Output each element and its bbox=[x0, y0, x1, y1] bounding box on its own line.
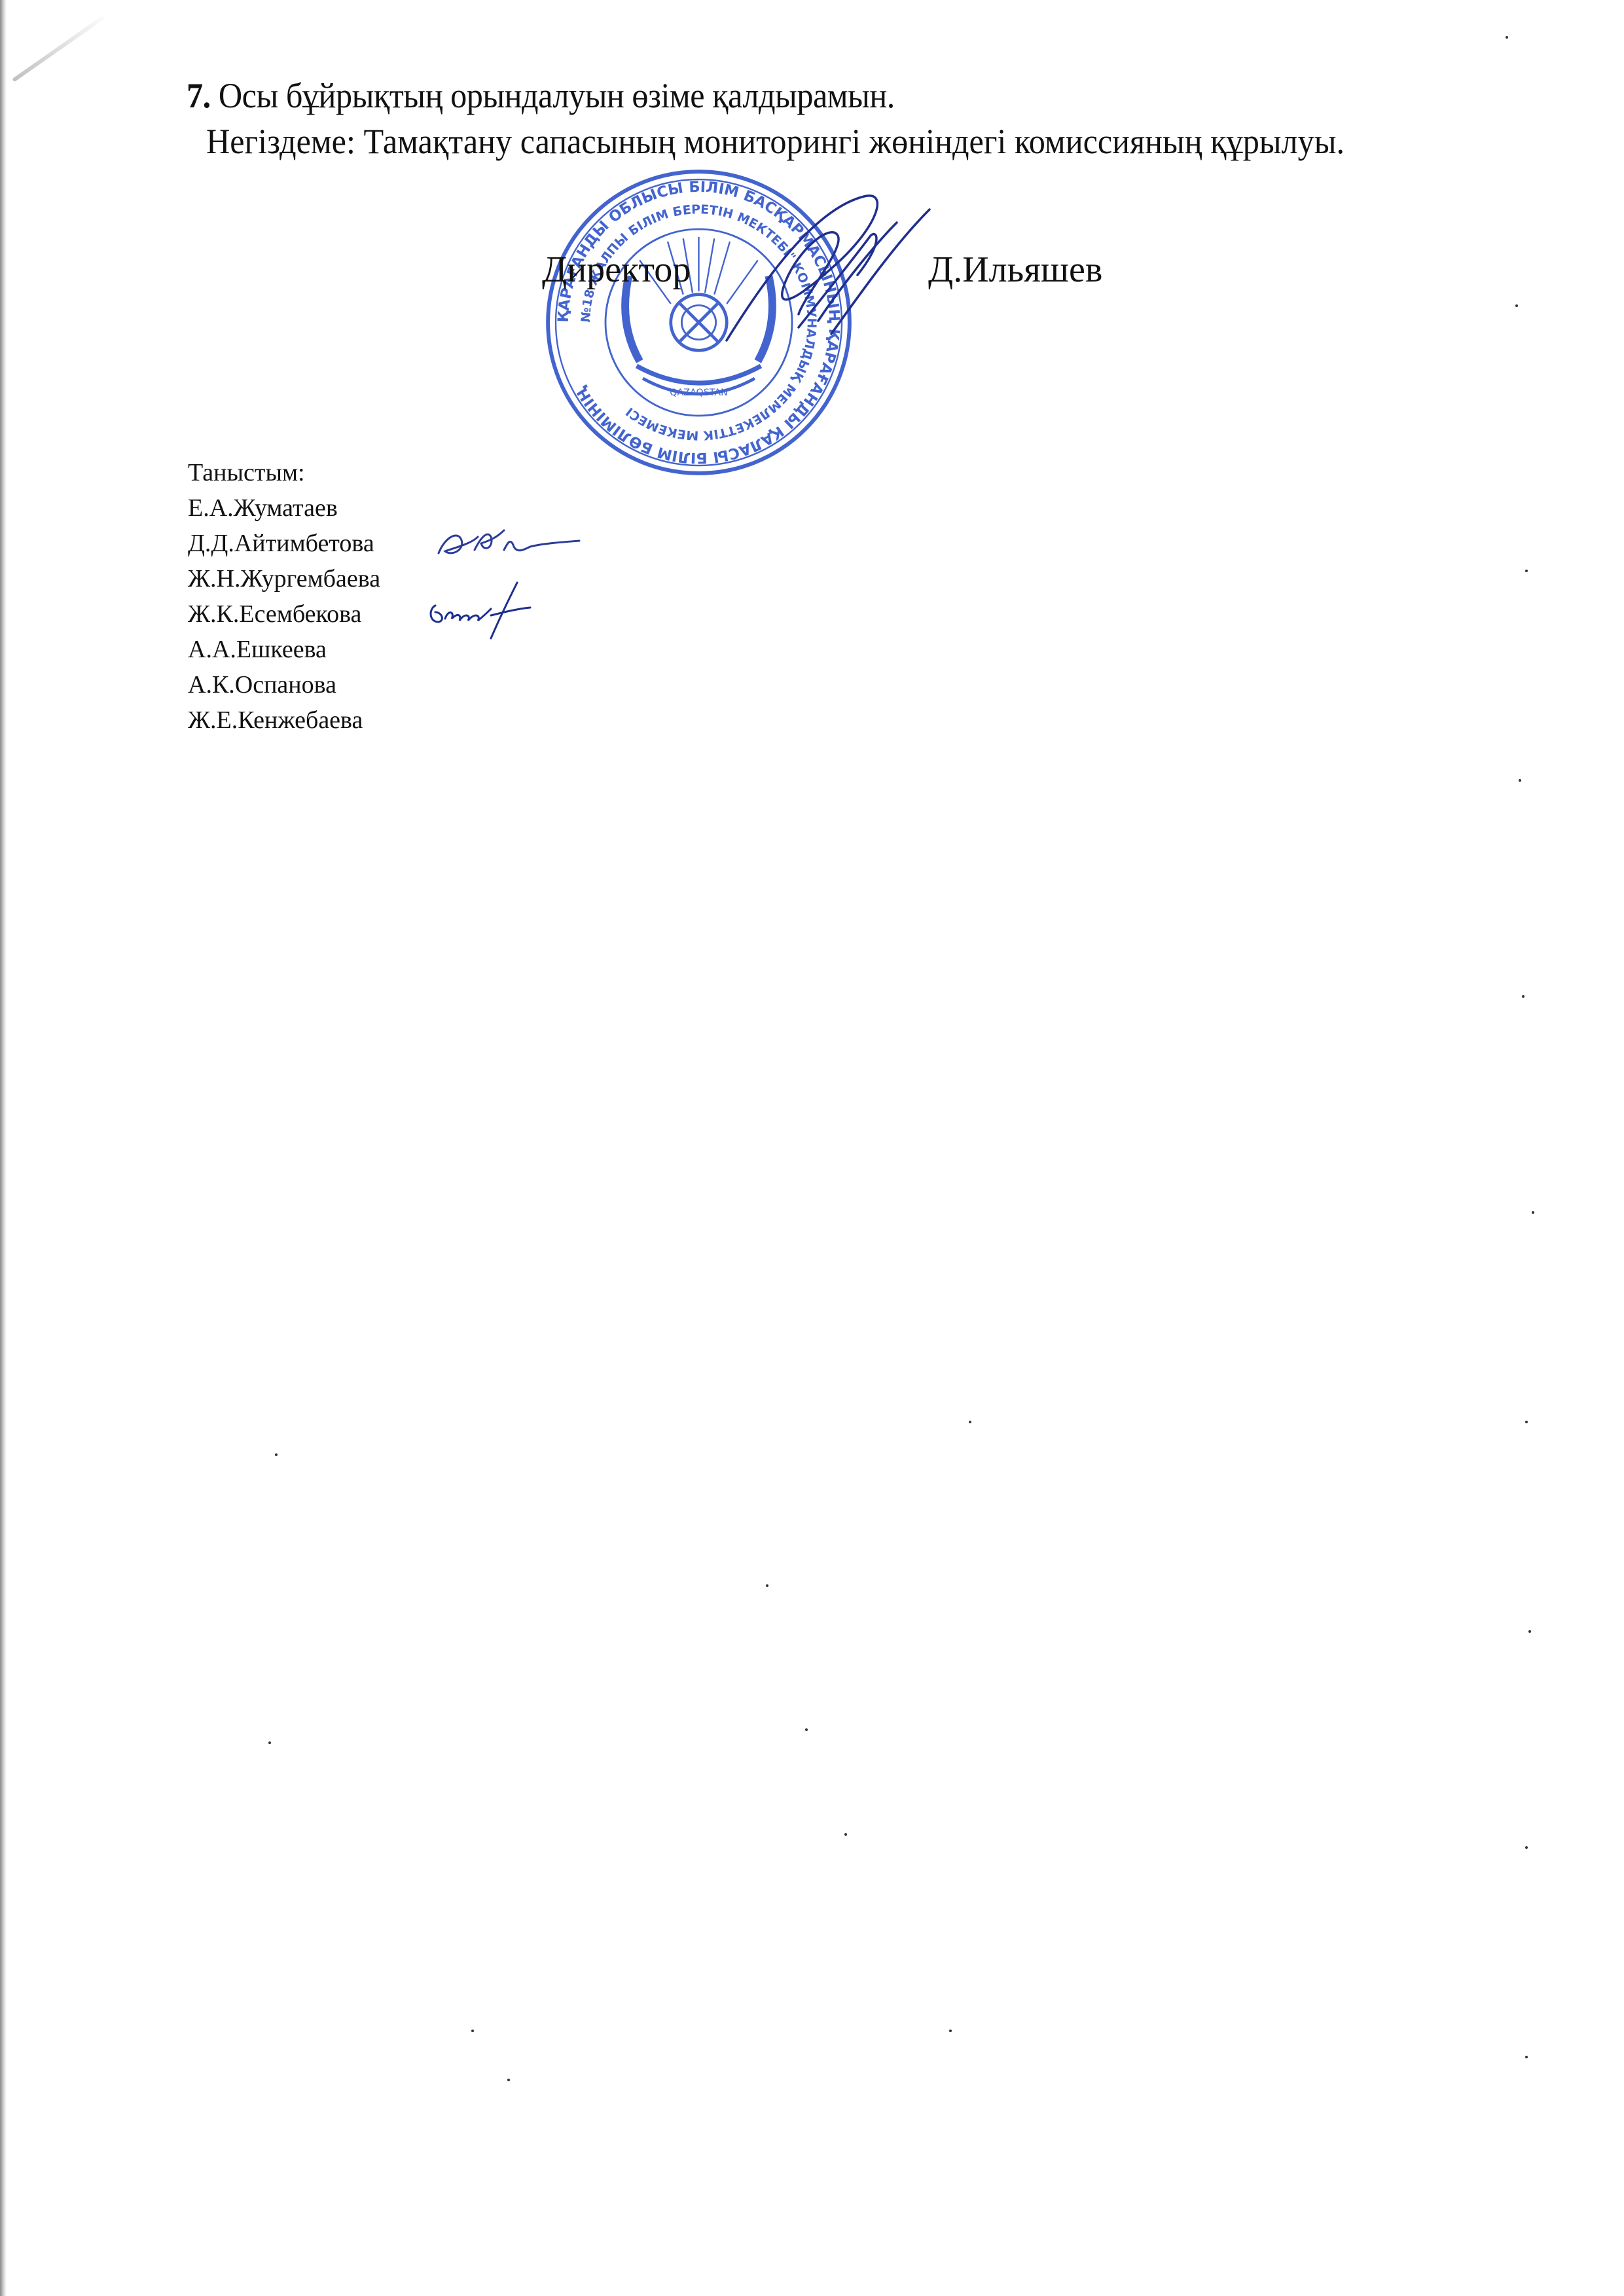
acknowledged-name: Д.Д.Айтимбетова bbox=[188, 526, 380, 561]
scan-speck bbox=[275, 1453, 278, 1456]
scan-speck bbox=[1528, 1630, 1531, 1633]
scan-speck bbox=[949, 2030, 952, 2032]
scan-artifact bbox=[12, 15, 105, 82]
acknowledgment-list: Таныстым: Е.А.Жуматаев Д.Д.Айтимбетова Ж… bbox=[188, 455, 380, 738]
basis-line: Негіздеме: Тамақтану сапасының мониторин… bbox=[206, 121, 1344, 162]
scan-speck bbox=[969, 1421, 971, 1423]
signatory-name: Д.Ильяшев bbox=[928, 249, 1102, 291]
scan-speck bbox=[766, 1584, 768, 1587]
signature-esembekova-icon bbox=[425, 576, 537, 642]
signatory-title: Директор bbox=[542, 249, 691, 291]
scan-speck bbox=[1515, 304, 1518, 307]
item-number: 7. bbox=[187, 76, 211, 115]
acknowledgment-heading: Таныстым: bbox=[188, 455, 380, 490]
scan-speck bbox=[1525, 1846, 1528, 1849]
director-signature-icon bbox=[700, 183, 949, 354]
acknowledged-name: А.А.Ешкеева bbox=[188, 632, 380, 667]
svg-text:QAZAQSTAN: QAZAQSTAN bbox=[670, 388, 728, 398]
item-text: Осы бұйрықтың орындалуын өзіме қалдырамы… bbox=[211, 76, 895, 115]
acknowledged-name: А.К.Оспанова bbox=[188, 667, 380, 702]
scan-speck bbox=[1532, 1211, 1534, 1214]
scan-speck bbox=[268, 1741, 271, 1744]
acknowledged-name: Е.А.Жуматаев bbox=[188, 490, 380, 526]
signature-aitimbetova-icon bbox=[432, 517, 583, 563]
scan-speck bbox=[471, 2030, 474, 2032]
item-7: 7. Осы бұйрықтың орындалуын өзіме қалдыр… bbox=[187, 75, 895, 116]
acknowledged-name: Ж.К.Есембекова bbox=[188, 596, 380, 632]
scan-speck bbox=[844, 1833, 847, 1836]
scan-speck bbox=[1525, 1421, 1528, 1423]
scan-speck bbox=[1522, 995, 1525, 998]
scan-speck bbox=[1519, 779, 1521, 782]
acknowledged-name: Ж.Е.Кенжебаева bbox=[188, 702, 380, 738]
scan-speck bbox=[1525, 570, 1528, 572]
scan-speck bbox=[1525, 2056, 1528, 2058]
acknowledged-name: Ж.Н.Жургембаева bbox=[188, 561, 380, 596]
document-page: 7. Осы бұйрықтың орындалуын өзіме қалдыр… bbox=[0, 0, 1624, 2296]
scan-edge-shadow bbox=[0, 0, 7, 2296]
scan-speck bbox=[805, 1728, 808, 1731]
scan-speck bbox=[1506, 36, 1508, 39]
scan-speck bbox=[507, 2079, 510, 2081]
